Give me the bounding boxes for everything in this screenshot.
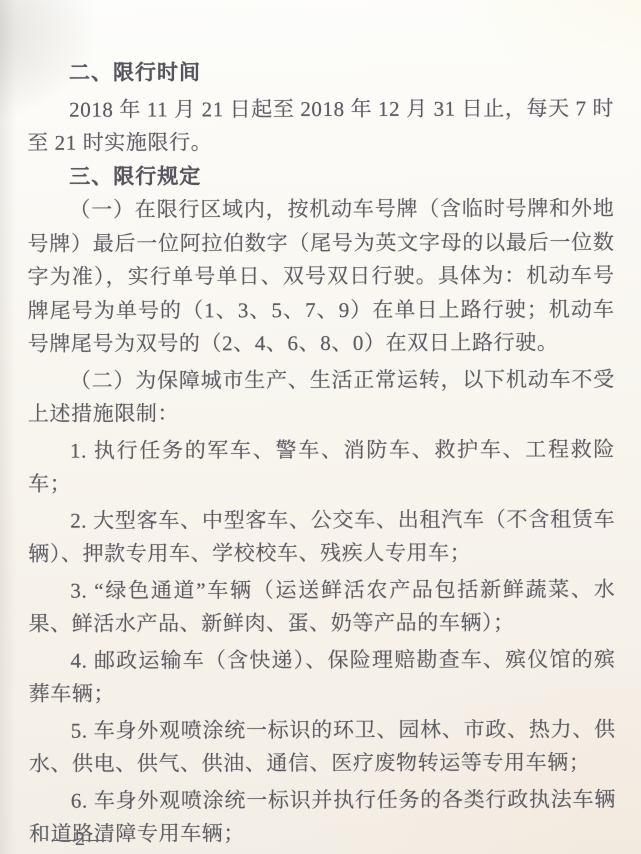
heading-section-3-restriction-rules: 三、限行规定 bbox=[27, 159, 614, 194]
page-number: —2— bbox=[54, 828, 107, 851]
list-item-1-emergency-vehicles: 1. 执行任务的军车、警车、消防车、救护车、工程救险车； bbox=[28, 433, 615, 502]
paragraph-rule-2-exemptions-intro: （二）为保障城市生产、生活正常运转，以下机动车不受上述措施限制： bbox=[28, 363, 615, 432]
list-item-4-postal-insurance-funeral: 4. 邮政运输车（含快递）、保险理赔勘查车、殡仪馆的殡葬车辆； bbox=[28, 643, 615, 712]
list-item-6-law-enforcement-road-clearing: 6. 车身外观喷涂统一标识并执行任务的各类行政执法车辆和道路清障专用车辆； bbox=[29, 783, 616, 852]
document-body: 二、限行时间 2018 年 11 月 21 日起至 2018 年 12 月 31… bbox=[27, 55, 616, 851]
scanned-document-page: 二、限行时间 2018 年 11 月 21 日起至 2018 年 12 月 31… bbox=[0, 0, 641, 854]
list-item-5-utility-service-vehicles: 5. 车身外观喷涂统一标识的环卫、园林、市政、热力、供水、供电、供气、供油、通信… bbox=[29, 713, 616, 782]
list-item-3-green-channel-vehicles: 3. “绿色通道”车辆（运送鲜活农产品包括新鲜蔬菜、水果、鲜活水产品、新鲜肉、蛋… bbox=[28, 573, 615, 642]
paragraph-rule-1-odd-even-plates: （一）在限行区域内，按机动车号牌（含临时号牌和外地号牌）最后一位阿拉伯数字（尾号… bbox=[27, 192, 614, 361]
heading-section-2-restriction-time: 二、限行时间 bbox=[27, 55, 614, 90]
paragraph-restriction-period: 2018 年 11 月 21 日起至 2018 年 12 月 31 日止，每天 … bbox=[27, 92, 614, 161]
list-item-2-buses-taxis-school: 2. 大型客车、中型客车、公交车、出租汽车（不含租赁车辆）、押款专用车、学校校车… bbox=[28, 503, 615, 572]
